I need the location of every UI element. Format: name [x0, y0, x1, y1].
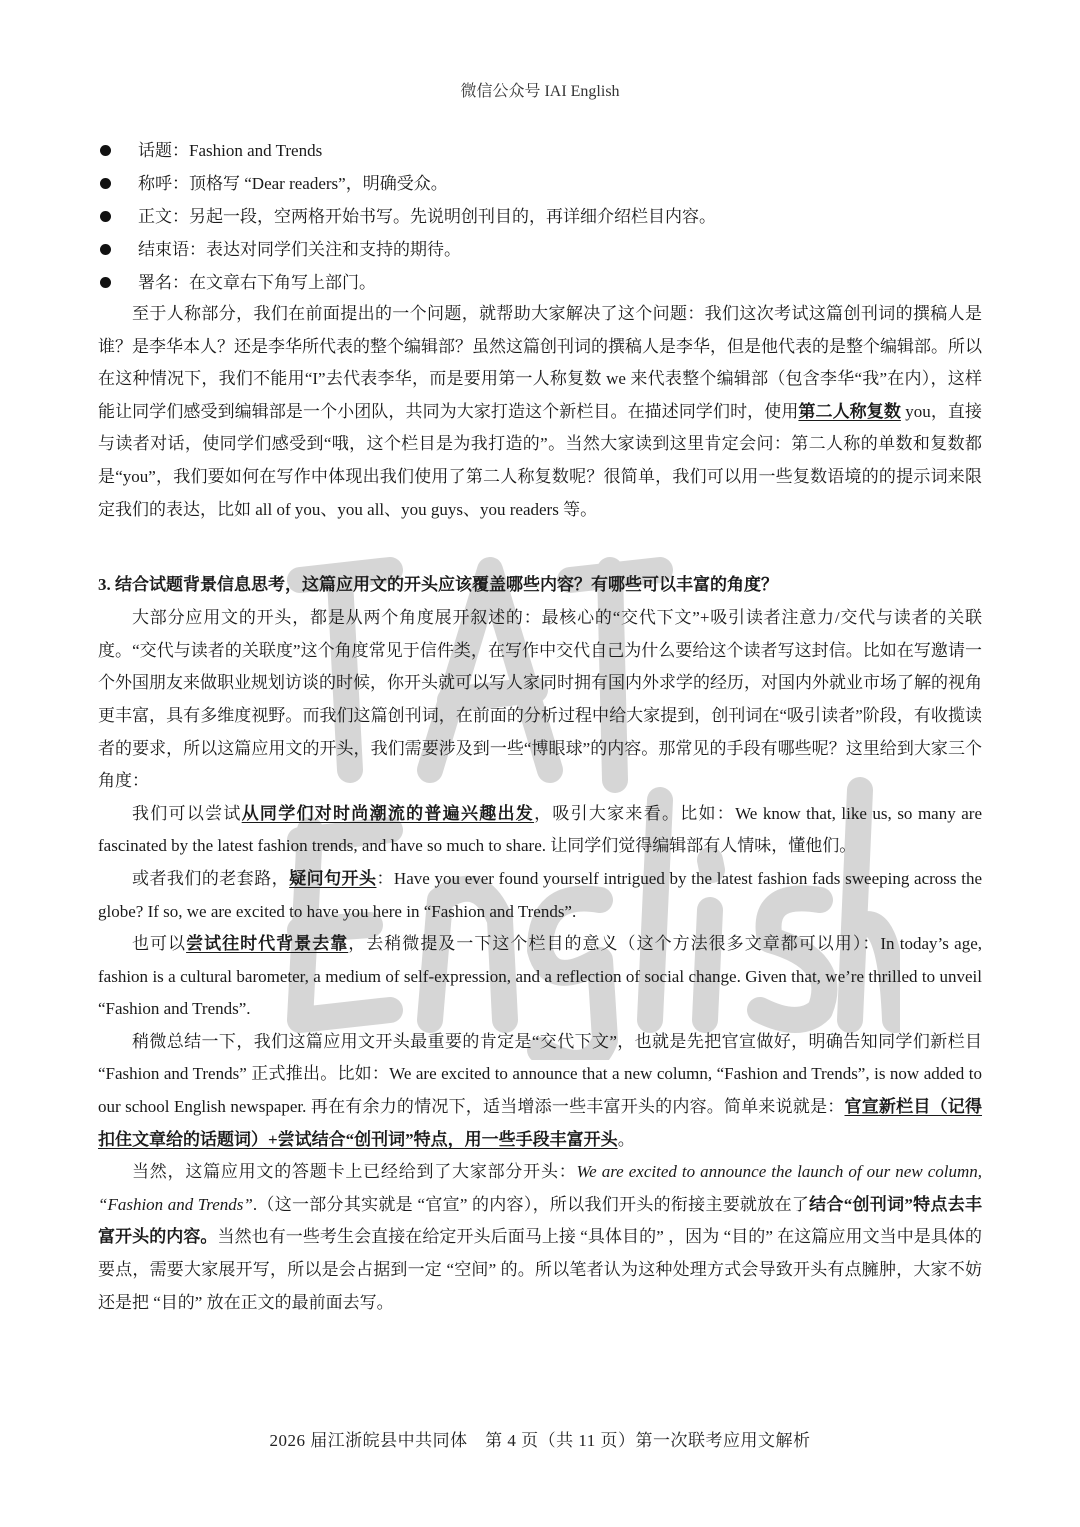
paragraph-text: 或者我们的老套路， — [132, 869, 289, 888]
paragraph-text: 当然也有一些考生会直接在给定开头后面马上接 “具体目的” ，因为 “目的” 在这… — [98, 1227, 982, 1311]
bullet-text: 顶格写 “Dear readers”，明确受众。 — [189, 174, 448, 193]
section-spacer — [98, 526, 982, 568]
bullet-text: 另起一段，空两格开始书写。先说明创刊目的，再详细介绍栏目内容。 — [189, 207, 716, 226]
bullet-dot-icon — [100, 178, 111, 189]
final-paragraph: 当然，这篇应用文的答题卡上已经给到了大家部分开头：We are excited … — [98, 1156, 982, 1319]
paragraph-text: 也可以 — [132, 934, 186, 953]
underlined-keyword: 第二人称复数 — [798, 402, 901, 421]
paragraph-text: 我们可以尝试 — [132, 804, 242, 823]
bullet-item-signature: 署名：在文章右下角写上部门。 — [98, 266, 982, 299]
document-page: 微信公众号 IAI English 话题：Fashion and Trends … — [0, 0, 1080, 1527]
bullet-text: Fashion and Trends — [189, 141, 322, 160]
angle-1-paragraph: 我们可以尝试从同学们对时尚潮流的普遍兴趣出发，吸引大家来看。比如：We know… — [98, 798, 982, 863]
bullet-text: 在文章右下角写上部门。 — [189, 273, 376, 292]
bullet-item-body: 正文：另起一段，空两格开始书写。先说明创刊目的，再详细介绍栏目内容。 — [98, 200, 982, 233]
bullet-label: 话题： — [138, 141, 189, 160]
bullet-label: 署名： — [138, 273, 189, 292]
document-body: 话题：Fashion and Trends 称呼：顶格写 “Dear reade… — [98, 134, 982, 1319]
bullet-text: 表达对同学们关注和支持的期待。 — [206, 240, 461, 259]
paragraph-text: 。 — [618, 1130, 635, 1149]
bullet-dot-icon — [100, 244, 111, 255]
paragraph-text: 当然，这篇应用文的答题卡上已经给到了大家部分开头： — [132, 1162, 577, 1181]
summary-paragraph: 稍微总结一下，我们这篇应用文开头最重要的肯定是“交代下文”，也就是先把官宣做好，… — [98, 1026, 982, 1156]
section-3-intro: 大部分应用文的开头，都是从两个角度展开叙述的：最核心的“交代下文”+吸引读者注意… — [98, 602, 982, 798]
page-footer: 2026 届江浙皖县中共同体 第 4 页（共 11 页）第一次联考应用文解析 — [0, 1426, 1080, 1451]
bullet-item-topic: 话题：Fashion and Trends — [98, 134, 982, 167]
bullet-dot-icon — [100, 277, 111, 288]
bullet-dot-icon — [100, 211, 111, 222]
section-3-heading: 3. 结合试题背景信息思考，这篇应用文的开头应该覆盖哪些内容？有哪些可以丰富的角… — [98, 568, 982, 602]
bullet-item-closing: 结束语：表达对同学们关注和支持的期待。 — [98, 233, 982, 266]
bullet-item-salutation: 称呼：顶格写 “Dear readers”，明确受众。 — [98, 167, 982, 200]
bullet-dot-icon — [100, 145, 111, 156]
angle-3-paragraph: 也可以尝试往时代背景去靠，去稍微提及一下这个栏目的意义（这个方法很多文章都可以用… — [98, 928, 982, 1026]
person-paragraph: 至于人称部分，我们在前面提出的一个问题，就帮助大家解决了这个问题：我们这次考试这… — [98, 298, 982, 526]
page-header: 微信公众号 IAI English — [0, 78, 1080, 101]
bullet-label: 正文： — [138, 207, 189, 226]
underlined-keyword: 从同学们对时尚潮流的普遍兴趣出发 — [242, 804, 534, 823]
underlined-keyword: 疑问句开头 — [289, 869, 376, 888]
format-bullet-list: 话题：Fashion and Trends 称呼：顶格写 “Dear reade… — [98, 134, 982, 299]
paragraph-text: .（这一部分其实就是 “官宣” 的内容），所以我们开头的衔接主要就放在了 — [253, 1195, 809, 1214]
underlined-keyword: 尝试往时代背景去靠 — [186, 934, 348, 953]
bullet-label: 结束语： — [138, 240, 206, 259]
angle-2-paragraph: 或者我们的老套路，疑问句开头：Have you ever found yours… — [98, 863, 982, 928]
bullet-label: 称呼： — [138, 174, 189, 193]
